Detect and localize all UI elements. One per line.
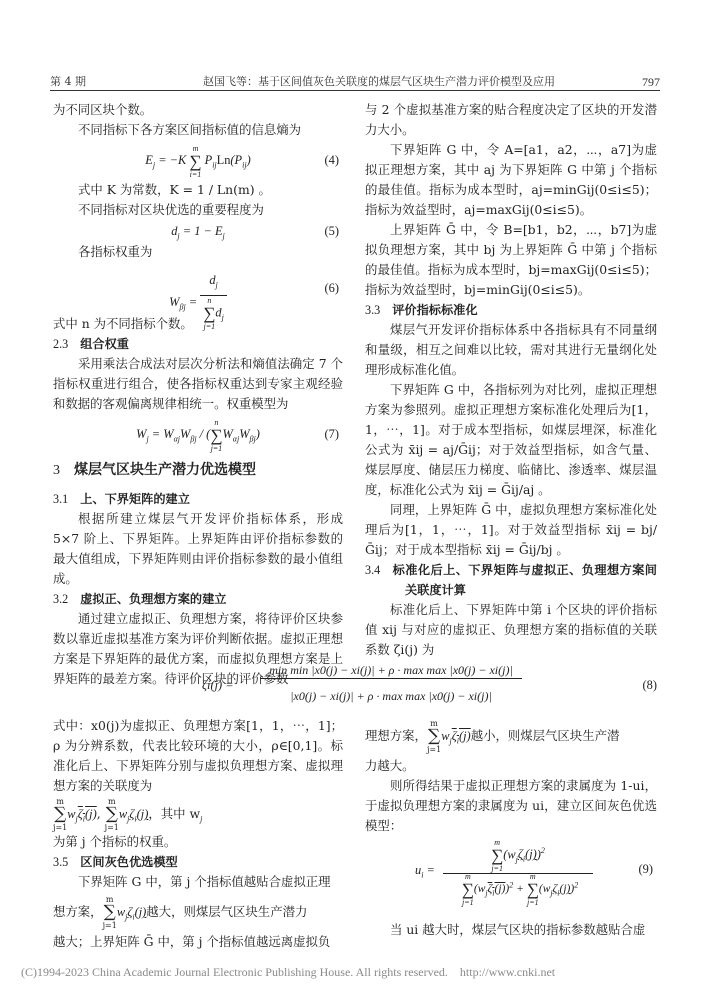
paragraph: 煤层气开发评价指标体系中各指标具有不同量纲和量级，相互之间难以比较，需对其进行无… xyxy=(365,320,657,380)
section-heading-3: 3煤层气区块生产潜力优选模型 xyxy=(53,460,343,481)
paragraph: 则所得结果于虚拟正理想方案的隶属度为 1-ui，于虚拟负理想方案的隶属度为 ui… xyxy=(365,776,657,836)
equation-4: Ej = −K m∑i=1 PijLn(Pij) (4) xyxy=(53,140,343,180)
page-number: 797 xyxy=(642,75,660,90)
paragraph: 标准化后上、下界矩阵中第 i 个区块的评价指标值 xij 与对应的虚拟正、负理想… xyxy=(365,600,657,660)
copyright-footer: (C)1994-2023 China Academic Journal Elec… xyxy=(21,965,555,980)
paragraph: 下界矩阵 G 中，第 j 个指标值越贴合虚拟正理 xyxy=(53,872,343,892)
issue-label: 第 4 期 xyxy=(50,73,86,89)
paragraph: 上界矩阵 Ḡ 中，令 B=[b1，b2，⋯，b7]为虚拟负理想方案，其中 bj … xyxy=(365,220,657,300)
equation-8: ζi(j) = min min |x0(j) − xi(j)| + ρ · ma… xyxy=(180,663,657,711)
paragraph: 根据所建立煤层气开发评价指标体系，形成 5×7 阶上、下界矩阵。上界矩阵由评价指… xyxy=(53,509,343,589)
paragraph: 式中：x0(j)为虚拟正、负理想方案[1，1，⋯，1]；ρ 为分辨系数，代表比较… xyxy=(53,716,343,796)
section-heading-3-5: 3.5区间灰色优选模型 xyxy=(53,852,343,872)
paragraph: 下界矩阵 G 中，各指标列为对比列，虚拟正理想方案为参照列。虚拟正理想方案标准化… xyxy=(365,380,657,500)
cnki-link[interactable]: http://www.cnki.net xyxy=(460,965,555,979)
right-column: 与 2 个虚拟基准方案的贴合程度决定了区块的开发潜力大小。 下界矩阵 G 中，令… xyxy=(365,100,657,660)
paragraph: 不同指标下各方案区间指标值的信息熵为 xyxy=(53,120,343,140)
left-column-lower: 式中：x0(j)为虚拟正、负理想方案[1，1，⋯，1]；ρ 为分辨系数，代表比较… xyxy=(53,716,343,952)
section-heading-3-4: 3.4标准化后上、下界矩阵与虚拟正、负理想方案间关联度计算 xyxy=(365,560,657,600)
paragraph: 与 2 个虚拟基准方案的贴合程度决定了区块的开发潜力大小。 xyxy=(365,100,657,140)
paragraph: 采用乘法合成法对层次分析法和熵值法确定 7 个指标权重进行组合，使各指标权重达到… xyxy=(53,354,343,414)
left-column: 为不同区块个数。 不同指标下各方案区间指标值的信息熵为 Ej = −K m∑i=… xyxy=(53,100,343,689)
equation-6: Wβj = djn∑j=1dj (6) xyxy=(53,262,343,314)
paragraph: 同理，上界矩阵 Ḡ 中，虚拟负理想方案标准化处理后为[1，1，⋯，1]。对于效益… xyxy=(365,500,657,560)
paragraph: 下界矩阵 G 中，令 A=[a1，a2，⋯，a7]为虚拟正理想方案，其中 aj … xyxy=(365,140,657,220)
paragraph: 式中 n 为不同指标个数。 xyxy=(53,314,343,334)
paragraph: 不同指标对区块优选的重要程度为 xyxy=(53,200,343,220)
paragraph: 当 ui 越大时，煤层气区块的指标参数越贴合虚 xyxy=(365,920,657,940)
header-rule xyxy=(50,90,660,91)
section-heading-2-3: 2.3组合权重 xyxy=(53,334,343,354)
paragraph: 力越大。 xyxy=(365,756,657,776)
equation-5: dj = 1 − Ej (5) xyxy=(53,220,343,242)
paragraph: 式中 K 为常数，K = 1 / Ln(m) 。 xyxy=(53,180,343,200)
correlation-sums: m∑j=1wjζi(j), m∑j=1wjζi(j)，其中 wj xyxy=(53,796,343,832)
page-header: 第 4 期 赵国飞等：基于区间值灰色关联度的煤层气区块生产潜力评价模型及应用 7… xyxy=(50,71,660,91)
paragraph: 各指标权重为 xyxy=(53,242,343,262)
paragraph-with-sum: 理想方案，m∑j=1wjζi(j)越小，则煤层气区块生产潜 xyxy=(365,716,657,756)
section-heading-3-3: 3.3评价指标标准化 xyxy=(365,300,657,320)
running-title: 赵国飞等：基于区间值灰色关联度的煤层气区块生产潜力评价模型及应用 xyxy=(203,73,555,89)
paragraph-with-sum: 想方案，m∑j=1wjζi(j)越大，则煤层气区块生产潜力 xyxy=(53,892,343,932)
paragraph: 为第 j 个指标的权重。 xyxy=(53,832,343,852)
equation-7: Wj = WαjWβj / (n∑j=1WαjWβj) (7) xyxy=(53,414,343,454)
paragraph: 越大；上界矩阵 Ḡ 中，第 j 个指标值越远离虚拟负 xyxy=(53,932,343,952)
section-heading-3-2: 3.2虚拟正、负理想方案的建立 xyxy=(53,589,343,609)
equation-9: ui = m∑j=1(wjζi(j))2 m∑j=1(wjζi(j))2 + m… xyxy=(365,836,657,902)
section-heading-3-1: 3.1上、下界矩阵的建立 xyxy=(53,489,343,509)
paragraph: 为不同区块个数。 xyxy=(53,100,343,120)
right-column-lower: 理想方案，m∑j=1wjζi(j)越小，则煤层气区块生产潜 力越大。 则所得结果… xyxy=(365,716,657,940)
